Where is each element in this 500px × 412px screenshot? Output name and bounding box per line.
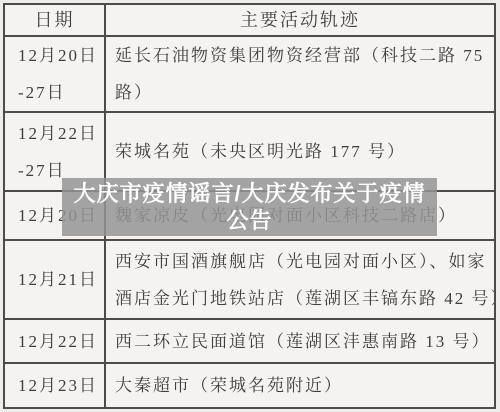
track-text: 西二环立民面道馆（莲湖区沣惠南路 13 号） [115, 323, 491, 360]
date-text: 12月22日 [18, 323, 104, 360]
track-text: 西安市国酒旗舰店（光电园对面小区）、如家 [115, 243, 491, 280]
date-cell: 12月23日 [5, 364, 106, 407]
date-text: 12月23日 [18, 367, 104, 404]
track-cell: 西安市国酒旗舰店（光电园对面小区）、如家 酒店金光门地铁站店（莲湖区丰镐东路 4… [106, 241, 494, 320]
header-track-label: 主要活动轨迹 [240, 10, 360, 30]
date-text: -27日 [18, 74, 104, 111]
track-text: 大秦超市（荣城名苑附近） [115, 367, 491, 404]
track-text: 荣城名苑（未央区明光路 177 号） [115, 133, 491, 170]
date-cell: 12月22日 [5, 320, 106, 364]
rumor-watermark-banner: 大庆市疫情谣言/大庆发布关于疫情 公告 [62, 178, 437, 236]
track-cell: 延长石油物资集团物资经营部（科技二路 75 路） [106, 37, 494, 113]
track-cell: 大秦超市（荣城名苑附近） [106, 364, 494, 407]
track-cell: 西二环立民面道馆（莲湖区沣惠南路 13 号） [106, 320, 494, 364]
header-date-label: 日期 [35, 10, 75, 30]
date-text: 12月22日 [18, 115, 104, 152]
date-text: 12月21日 [18, 261, 104, 298]
date-cell: 12月20日 -27日 [5, 37, 106, 113]
header-track-cell: 主要活动轨迹 [106, 5, 494, 37]
header-date-cell: 日期 [5, 5, 106, 37]
date-text: 12月20日 [18, 37, 104, 74]
banner-title-line2: 公告 [226, 207, 272, 234]
page: 日期 主要活动轨迹 12月20日 -27日 延长石油物资集团物资经营部（科技二路… [0, 0, 500, 412]
date-cell: 12月21日 [5, 241, 106, 320]
banner-title-line1: 大庆市疫情谣言/大庆发布关于疫情 [73, 180, 425, 207]
track-text: 酒店金光门地铁站店（莲湖区丰镐东路 42 号） [115, 280, 491, 317]
track-text: 路） [115, 74, 491, 111]
track-text: 延长石油物资集团物资经营部（科技二路 75 [115, 37, 491, 74]
